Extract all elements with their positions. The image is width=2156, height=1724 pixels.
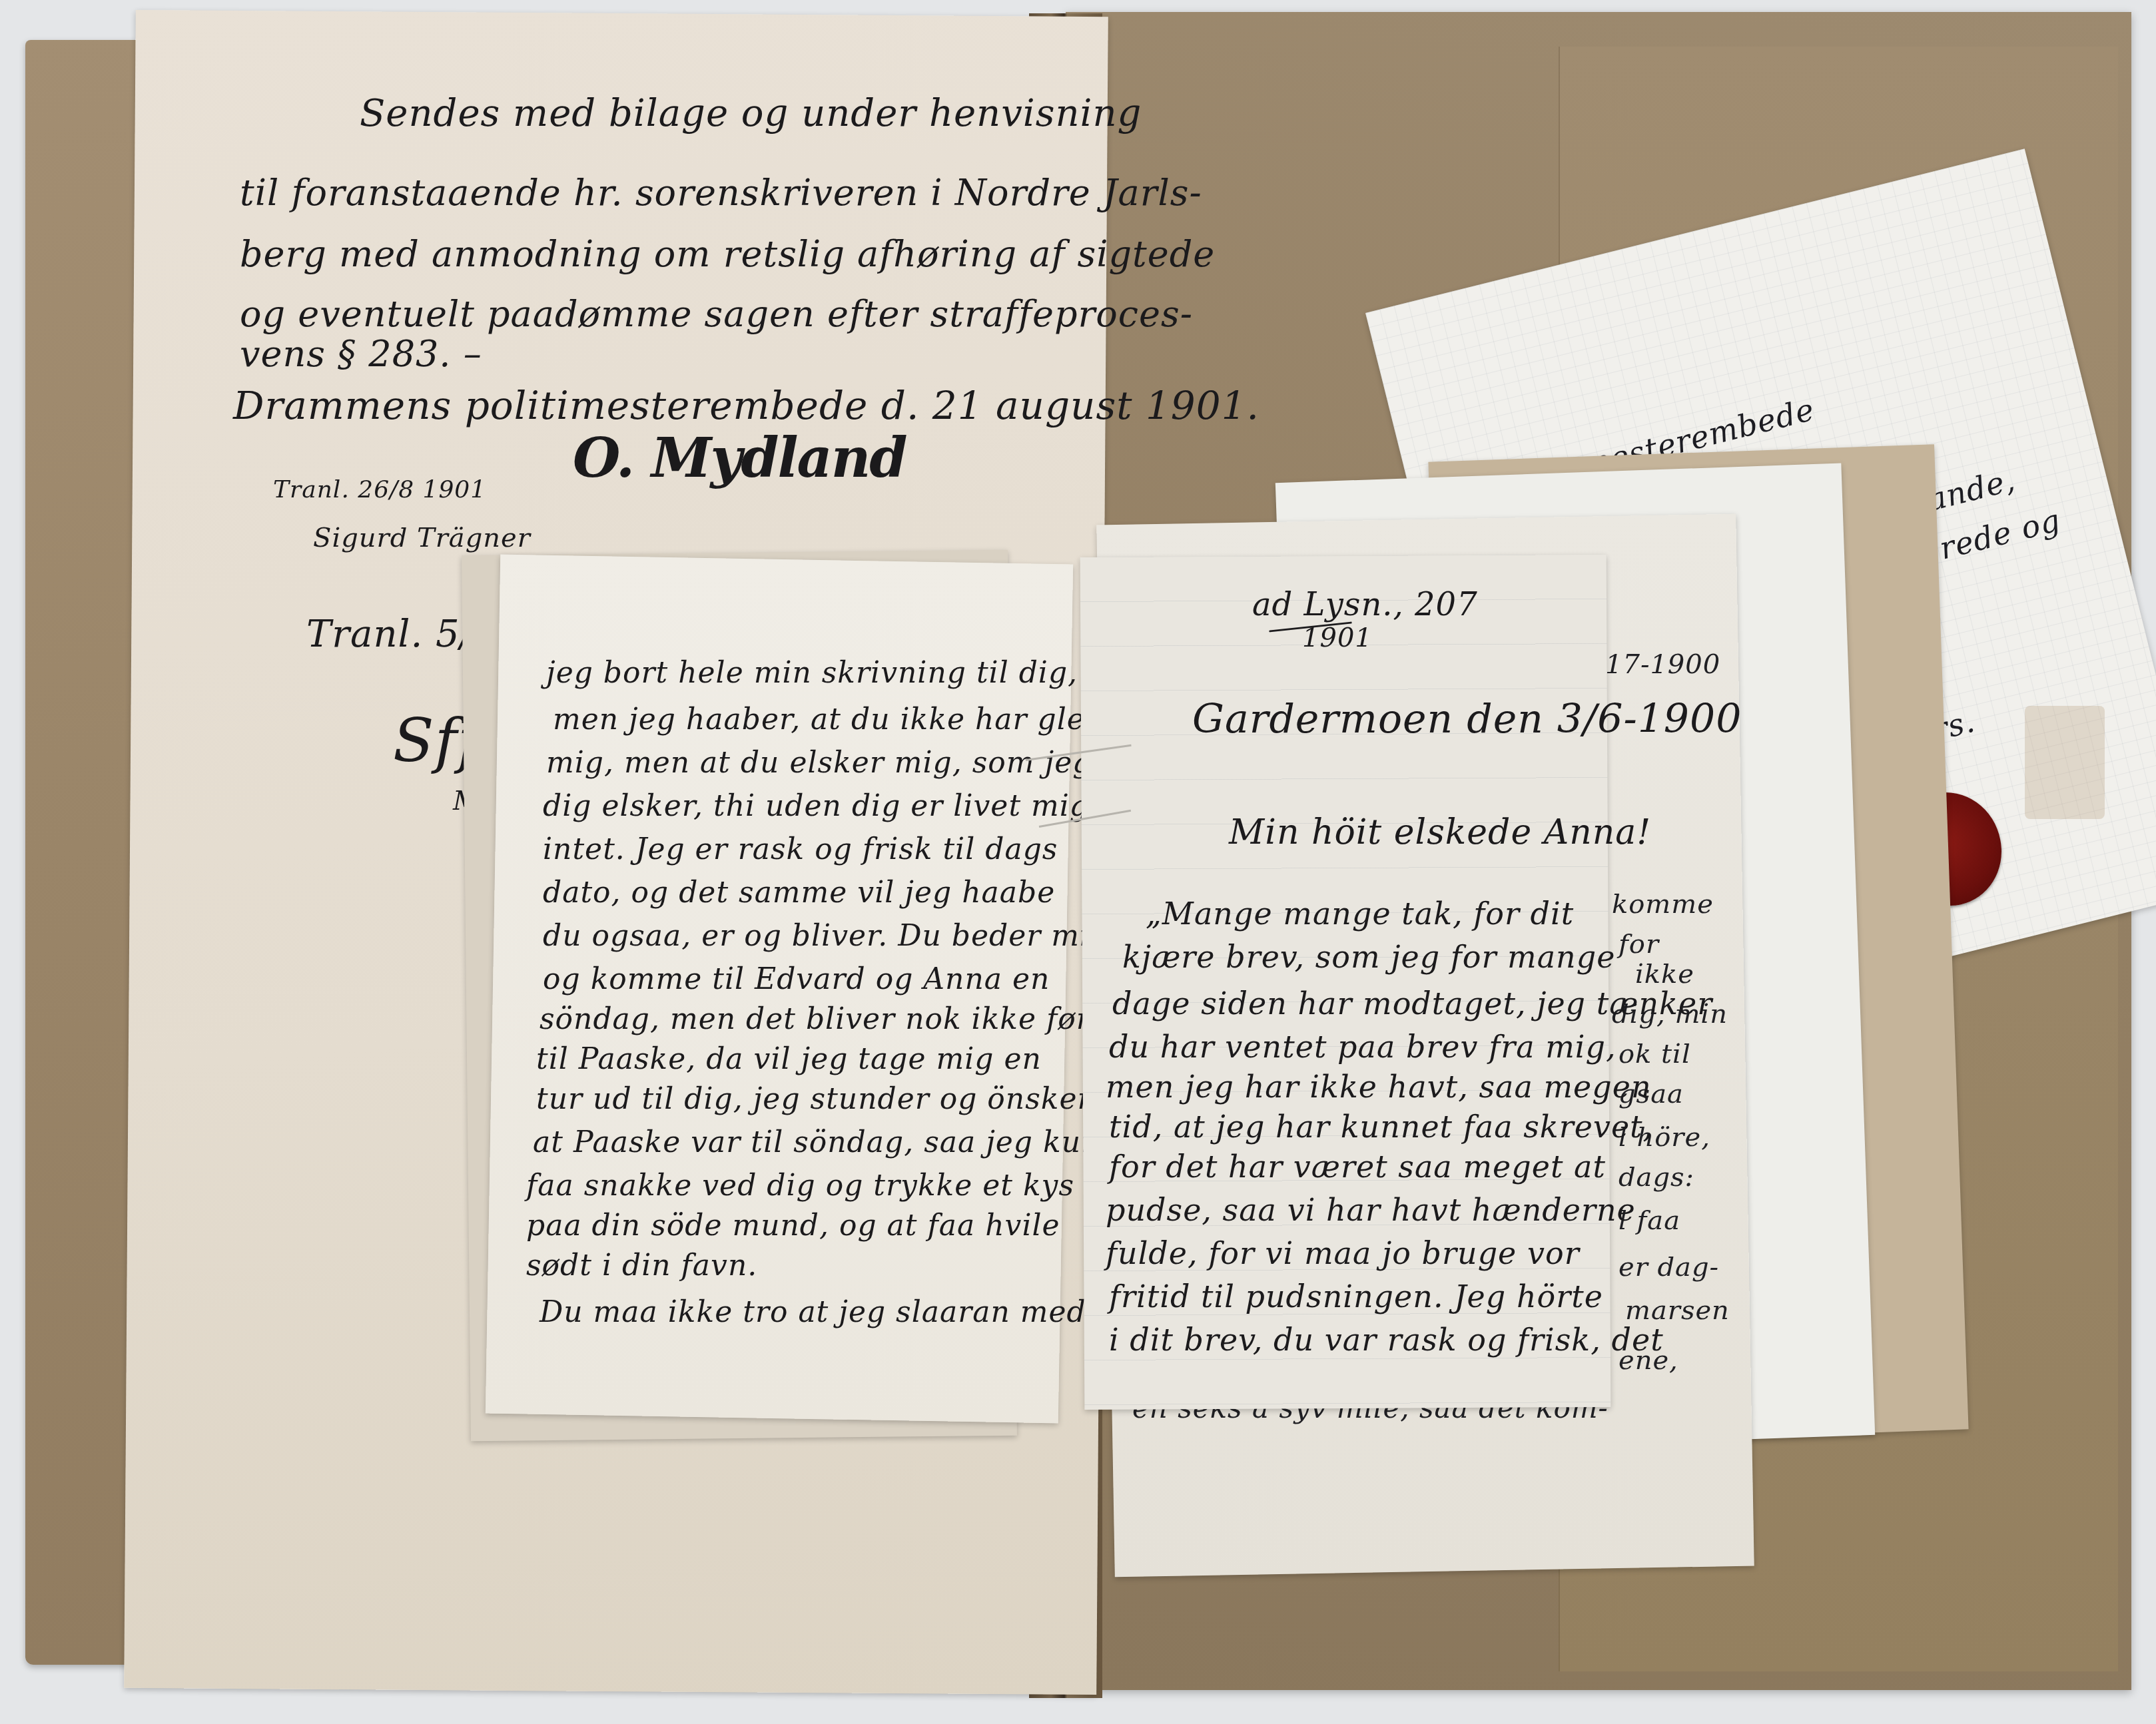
left-letter-line: at Paaske var til söndag, saa jeg kunde bbox=[533, 1125, 1138, 1159]
endorsement-name: Sigurd Trägner bbox=[313, 523, 531, 553]
right-letter-line: „Mange mange tak, for dit bbox=[1146, 896, 1574, 932]
left-letter-line: mig, men at du elsker mig, som jeg bbox=[546, 746, 1092, 780]
under-letter-date: 17-1900 bbox=[1605, 649, 1720, 680]
left-letter-line: du ogsaa, er og bliver. Du beder mig bbox=[543, 919, 1109, 953]
letter-salutation: Min höit elskede Anna! bbox=[1229, 812, 1651, 852]
left-letter-line: og komme til Edvard og Anna en bbox=[543, 962, 1050, 996]
under-letter-word: er dag- bbox=[1618, 1252, 1719, 1283]
main-document-line: til foranstaaende hr. sorenskriveren i N… bbox=[240, 172, 1202, 214]
under-letter-word: komme bbox=[1612, 889, 1714, 920]
main-document-line: vens § 283. – bbox=[240, 333, 482, 375]
left-letter-line: sødt i din favn. bbox=[526, 1249, 757, 1283]
right-letter-line: du har ventet paa brev fra mig, bbox=[1109, 1029, 1617, 1065]
under-letter-word: for bbox=[1618, 929, 1659, 960]
right-letter-line: for det har været saa meget at bbox=[1109, 1149, 1606, 1185]
place-date: Drammens politimesterembede d. 21 august… bbox=[233, 383, 1259, 428]
left-letter-line: faa snakke ved dig og trykke et kys bbox=[526, 1169, 1074, 1203]
right-letter-line: i dit brev, du var rask og frisk, det bbox=[1109, 1322, 1664, 1358]
right-letter-line: fritid til pudsningen. Jeg hörte bbox=[1109, 1279, 1603, 1314]
archive-year: 1901 bbox=[1302, 623, 1373, 653]
endorsement-date: Tranl. 26/8 1901 bbox=[273, 476, 486, 503]
paper-stain bbox=[2025, 706, 2105, 819]
left-letter-line: söndag, men det bliver nok ikke før bbox=[539, 1002, 1091, 1036]
main-document-line: Sendes med bilage og under henvisning bbox=[360, 92, 1142, 135]
photo-scene: Sendes med bilage og under henvisning ti… bbox=[0, 0, 2156, 1724]
letter-place-date: Gardermoen den 3/6-1900 bbox=[1192, 696, 1742, 742]
signature: O. Mydland bbox=[573, 426, 906, 490]
left-letter-line: paa din söde mund, og at faa hvile bbox=[526, 1209, 1060, 1243]
right-letter-line: pudse, saa vi har havt hænderne bbox=[1106, 1192, 1636, 1228]
left-letter-line: dig elsker, thi uden dig er livet mig bbox=[543, 789, 1089, 823]
right-letter-line: men jeg har ikke havt, saa megen bbox=[1106, 1069, 1652, 1105]
left-letter-line: intet. Jeg er rask og frisk til dags bbox=[543, 832, 1058, 866]
under-letter-word: ok til bbox=[1618, 1039, 1691, 1069]
left-letter-line: til Paaske, da vil jeg tage mig en bbox=[536, 1042, 1042, 1076]
main-document-line: og eventuelt paadømme sagen efter straff… bbox=[240, 293, 1193, 335]
left-letter-line: jeg bort hele min skrivning til dig, bbox=[546, 656, 1078, 690]
right-letter-line: tid, at jeg har kunnet faa skrevet, bbox=[1109, 1109, 1653, 1145]
right-letter-line: fulde, for vi maa jo bruge vor bbox=[1106, 1235, 1580, 1271]
main-document-line: berg med anmodning om retslig afhøring a… bbox=[240, 233, 1215, 275]
left-letter-line: men jeg haaber, at du ikke har glemt bbox=[553, 703, 1126, 736]
right-letter-line: dage siden har modtaget, jeg tænker bbox=[1112, 986, 1712, 1021]
archive-mark: ad Lysn., 207 bbox=[1252, 586, 1478, 623]
left-letter-line: dato, og det samme vil jeg haabe bbox=[543, 876, 1055, 910]
under-letter-word: dags: bbox=[1618, 1162, 1694, 1193]
right-letter-line: kjære brev, som jeg for mange bbox=[1122, 939, 1615, 975]
left-letter-line: tur ud til dig, jeg stunder og önsker bbox=[536, 1082, 1092, 1116]
left-letter-line: Du maa ikke tro at jeg slaaran med bbox=[539, 1295, 1086, 1329]
